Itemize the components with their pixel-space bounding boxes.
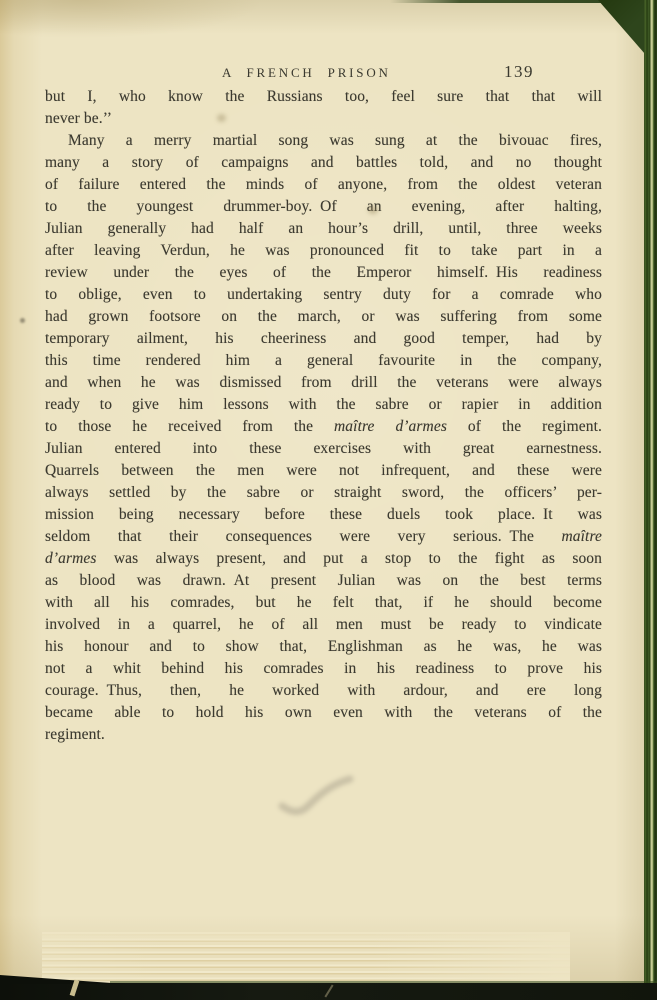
text-line: involved in a quarrel, he of all men mus… [45,614,602,636]
stain-spot [217,114,226,122]
scratch-mark [324,985,333,998]
text-line: Many a merry martial song was sung at th… [45,130,602,152]
text-line: with all his comrades, but he felt that,… [45,592,602,614]
text-line: of failure entered the minds of anyone, … [45,174,602,196]
text-line: always settled by the sabre or straight … [45,482,602,504]
text-line: temporary ailment, his cheeriness and go… [45,328,602,350]
text-line: to oblige, even to undertaking sentry du… [45,284,602,306]
text-line: seldom that their consequences were very… [45,526,602,548]
book-cover-spine-edge [644,0,657,1000]
text-line: but I, who know the Russians too, feel s… [45,86,602,108]
text-line: never be.’’ [45,108,602,130]
text-line: had grown footsore on the march, or was … [45,306,602,328]
text-line: review under the eyes of the Emperor him… [45,262,602,284]
text-line: Julian generally had half an hour’s dril… [45,218,602,240]
text-line: became able to hold his own even with th… [45,702,602,724]
text-line: his honour and to show that, Englishman … [45,636,602,658]
text-line: Julian entered into these exercises with… [45,438,602,460]
scanned-book-page: A FRENCH PRISON 139 but I, who know the … [0,0,657,1000]
text-line: to the youngest drummer-boy. Of an eveni… [45,196,602,218]
running-title: A FRENCH PRISON [222,65,391,81]
text-line: Quarrels between the men were not infreq… [45,460,602,482]
stain-spot [368,206,378,214]
text-line: and when he was dismissed from drill the… [45,372,602,394]
smudge-mark [268,768,364,824]
text-line: courage. Thus, then, he worked with ardo… [45,680,602,702]
text-line: mission being necessary before these due… [45,504,602,526]
page-paper: A FRENCH PRISON 139 but I, who know the … [0,0,645,985]
text-line: ready to give him lessons with the sabre… [45,394,602,416]
page-header: A FRENCH PRISON 139 [45,62,602,84]
book-cover-bottom-edge [0,983,657,1000]
body-text: but I, who know the Russians too, feel s… [45,86,602,746]
page-corner-sliver [70,980,80,997]
page-edges-fade [42,932,570,985]
text-line: d’armes was always present, and put a st… [45,548,602,570]
text-line: as blood was drawn. At present Julian wa… [45,570,602,592]
text-line: to those he received from the maître d’a… [45,416,602,438]
ink-speck [20,318,25,323]
page-number: 139 [504,62,534,82]
text-line: this time rendered him a general favouri… [45,350,602,372]
text-line: after leaving Verdun, he was pronounced … [45,240,602,262]
text-line: not a whit behind his comrades in his re… [45,658,602,680]
text-line: regiment. [45,724,602,746]
text-line: many a story of campaigns and battles to… [45,152,602,174]
